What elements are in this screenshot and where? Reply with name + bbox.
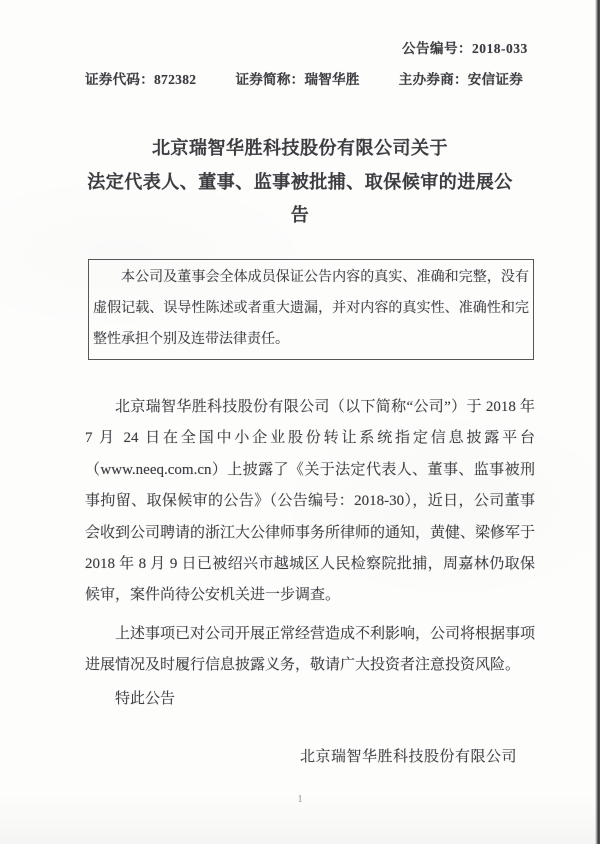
company-signature: 北京瑞智华胜科技股份有限公司 [300, 745, 517, 766]
page-number: 1 [0, 794, 600, 805]
closing-line: 特此公告 [85, 684, 535, 715]
title-line-3: 告 [55, 199, 545, 233]
announcement-number: 公告编号：2018-033 [402, 37, 528, 57]
document-body: 北京瑞智华胜科技股份有限公司（以下简称“公司”）于 2018 年 7 月 24 … [85, 392, 535, 715]
announcement-document: 公告编号：2018-033 证券代码：872382 证券简称：瑞智华胜 主办券商… [0, 0, 600, 844]
title-line-1: 北京瑞智华胜科技股份有限公司关于 [55, 132, 545, 166]
body-paragraph-1: 北京瑞智华胜科技股份有限公司（以下简称“公司”）于 2018 年 7 月 24 … [85, 392, 535, 612]
sponsor-broker: 主办券商：安信证券 [399, 68, 523, 88]
body-paragraph-2: 上述事项已对公司开展正常经营造成不利影响，公司将根据事项进展情况及时履行信息披露… [85, 619, 535, 682]
document-title: 北京瑞智华胜科技股份有限公司关于 法定代表人、董事、监事被批捕、取保候审的进展公… [55, 132, 545, 233]
securities-abbr: 证券简称：瑞智华胜 [235, 68, 359, 88]
securities-code: 证券代码：872382 [85, 68, 196, 88]
securities-header-row: 证券代码：872382 证券简称：瑞智华胜 主办券商：安信证券 [85, 68, 523, 88]
title-line-2: 法定代表人、董事、监事被批捕、取保候审的进展公 [55, 166, 545, 200]
disclaimer-box: 本公司及董事会全体成员保证公告内容的真实、准确和完整，没有虚假记载、误导性陈述或… [88, 259, 534, 360]
disclaimer-text: 本公司及董事会全体成员保证公告内容的真实、准确和完整，没有虚假记载、误导性陈述或… [93, 262, 529, 355]
scan-page-edge [595, 0, 600, 844]
